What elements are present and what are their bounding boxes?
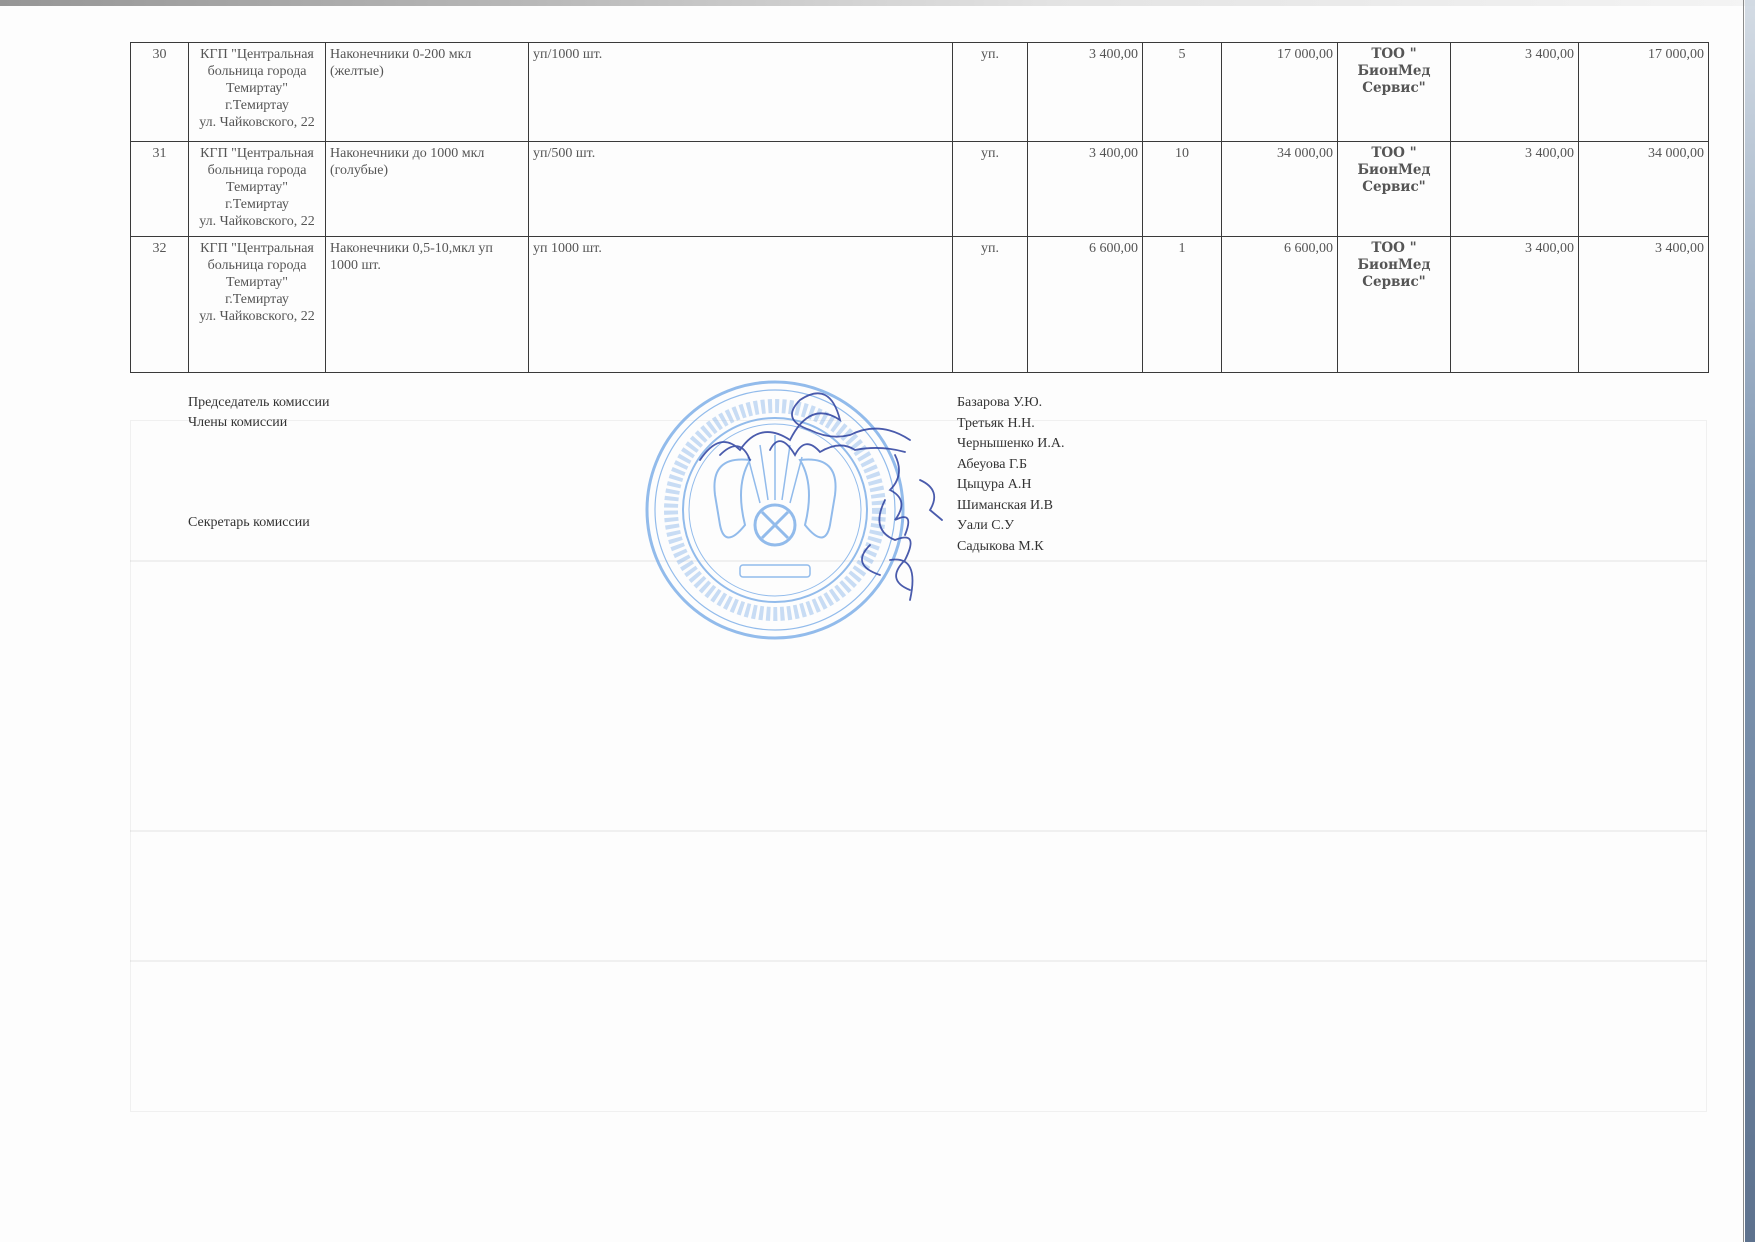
specification-cell: уп 1000 шт. xyxy=(529,237,953,373)
procurement-table: 30КГП "Центральная больница города Темир… xyxy=(130,42,1709,373)
offer-sum-cell: 17 000,00 xyxy=(1579,43,1709,142)
customer-cell: КГП "Центральная больница города Темирта… xyxy=(189,237,326,373)
row-number: 32 xyxy=(131,237,189,373)
table-row: 32КГП "Центральная больница города Темир… xyxy=(131,237,1709,373)
scan-top-shadow xyxy=(0,0,1755,6)
table-row: 31КГП "Центральная больница города Темир… xyxy=(131,142,1709,237)
member-name: Шиманская И.В xyxy=(957,496,1065,517)
unit-cell: уп. xyxy=(953,43,1028,142)
bleed-through-line xyxy=(130,830,1707,832)
bleed-through-line xyxy=(130,960,1707,962)
quantity-cell: 5 xyxy=(1143,43,1222,142)
member-name: Цыцура А.Н xyxy=(957,475,1065,496)
table-row: 30КГП "Центральная больница города Темир… xyxy=(131,43,1709,142)
member-name: Абеуова Г.Б xyxy=(957,455,1065,476)
specification-cell: уп/500 шт. xyxy=(529,142,953,237)
commission-labels: Председатель комиссии Члены комиссии Сек… xyxy=(188,393,329,533)
sum-cell: 6 600,00 xyxy=(1222,237,1338,373)
row-number: 30 xyxy=(131,43,189,142)
price-cell: 3 400,00 xyxy=(1028,142,1143,237)
quantity-cell: 10 xyxy=(1143,142,1222,237)
scan-right-shadow xyxy=(1745,0,1755,1242)
supplier-cell: ТОО " БионМед Сервис" xyxy=(1338,43,1451,142)
member-name: Базарова У.Ю. xyxy=(957,393,1065,414)
chairman-label: Председатель комиссии xyxy=(188,393,329,413)
member-name: Чернышенко И.А. xyxy=(957,434,1065,455)
offer-price-cell: 3 400,00 xyxy=(1451,43,1579,142)
quantity-cell: 1 xyxy=(1143,237,1222,373)
member-name: Уали С.У xyxy=(957,516,1065,537)
secretary-label: Секретарь комиссии xyxy=(188,513,329,533)
sum-cell: 34 000,00 xyxy=(1222,142,1338,237)
sum-cell: 17 000,00 xyxy=(1222,43,1338,142)
item-name-cell: Наконечники 0,5-10,мкл уп 1000 шт. xyxy=(326,237,529,373)
commission-member-names: Базарова У.Ю.Третьяк Н.Н.Чернышенко И.А.… xyxy=(957,393,1065,557)
row-number: 31 xyxy=(131,142,189,237)
specification-cell: уп/1000 шт. xyxy=(529,43,953,142)
scan-page-edge xyxy=(1743,0,1744,1242)
unit-cell: уп. xyxy=(953,237,1028,373)
supplier-cell: ТОО " БионМед Сервис" xyxy=(1338,237,1451,373)
customer-cell: КГП "Центральная больница города Темирта… xyxy=(189,43,326,142)
item-name-cell: Наконечники 0-200 мкл (желтые) xyxy=(326,43,529,142)
member-name: Садыкова М.К xyxy=(957,537,1065,558)
offer-sum-cell: 34 000,00 xyxy=(1579,142,1709,237)
item-name-cell: Наконечники до 1000 мкл (голубые) xyxy=(326,142,529,237)
handwritten-signatures-icon xyxy=(680,360,960,610)
member-name: Третьяк Н.Н. xyxy=(957,414,1065,435)
unit-cell: уп. xyxy=(953,142,1028,237)
supplier-cell: ТОО " БионМед Сервис" xyxy=(1338,142,1451,237)
customer-cell: КГП "Центральная больница города Темирта… xyxy=(189,142,326,237)
members-label: Члены комиссии xyxy=(188,413,329,433)
offer-price-cell: 3 400,00 xyxy=(1451,237,1579,373)
offer-price-cell: 3 400,00 xyxy=(1451,142,1579,237)
price-cell: 6 600,00 xyxy=(1028,237,1143,373)
offer-sum-cell: 3 400,00 xyxy=(1579,237,1709,373)
price-cell: 3 400,00 xyxy=(1028,43,1143,142)
